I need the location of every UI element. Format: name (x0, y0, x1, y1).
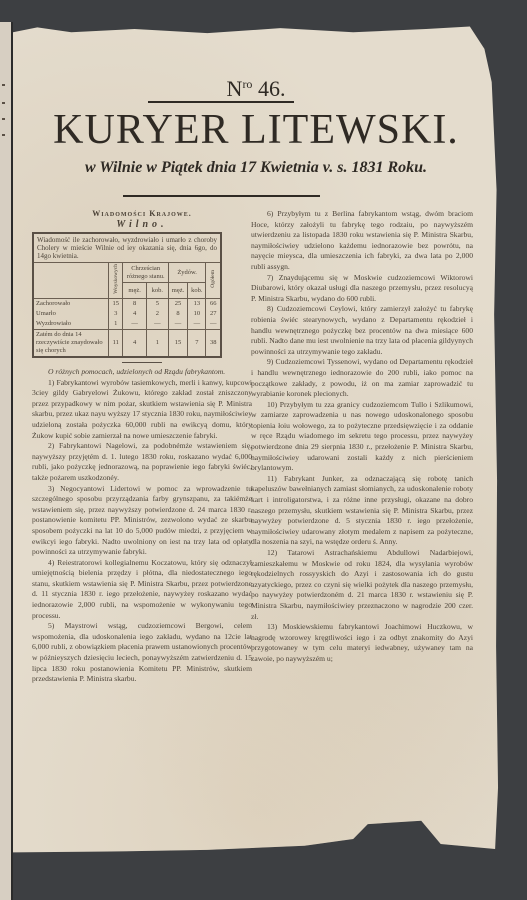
paragraph-5: 5) Maystrowi wstąg, cudzoziemcowi Bergow… (32, 621, 252, 685)
row-label: Zatém do dnia 14 rzeczywiście znaydowało… (33, 330, 109, 358)
paragraph-10: 10) Przybyłym tu zza granicy cudzoziemco… (251, 400, 473, 474)
cell: — (168, 319, 187, 330)
cell: 4 (123, 330, 146, 358)
masthead-rule-bottom (123, 195, 320, 197)
header-jews-male: męż. (168, 283, 187, 299)
city-heading: Wilno. (32, 220, 252, 231)
cell: 13 (188, 299, 206, 310)
cell: 38 (206, 330, 221, 358)
cell: 4 (123, 309, 146, 319)
cell: 15 (168, 330, 187, 358)
cell: 11 (109, 330, 123, 358)
cell: 5 (146, 299, 168, 310)
table-row: Wyzdrowiało 1 — — — — — (33, 319, 221, 330)
paragraph-13: 13) Moskiewskiemu fabrykantowi Joachimow… (251, 622, 473, 664)
cell: — (123, 319, 146, 330)
cell: 27 (206, 309, 221, 319)
cell: 2 (146, 309, 168, 319)
header-jews: Żydów. (168, 263, 206, 283)
paragraph-9: 9) Cudzoziemcowi Tyssenowi, wydano od De… (251, 357, 473, 399)
dateline: w Wilnie w Piątek dnia 17 Kwietnia v. s.… (13, 159, 499, 177)
adjacent-page-edge (0, 22, 13, 900)
left-column: Wiadomości Krajowe. Wilno. Wiadomość ile… (32, 209, 252, 685)
issue-prefix: N (227, 76, 243, 101)
newspaper-title: KURYER LITEWSKI. (13, 106, 499, 154)
cell: 15 (109, 299, 123, 310)
header-military: Woyskowych (109, 263, 123, 299)
article-heading: O różnych pomocach, udzielonych od Rządu… (32, 367, 252, 378)
cell: 3 (109, 309, 123, 319)
cell: 1 (109, 319, 123, 330)
paragraph-6: 6) Przybyłym tu z Berlina fabrykantom ws… (251, 209, 473, 273)
header-total: Ogółem (206, 263, 221, 299)
cell: — (206, 319, 221, 330)
paragraph-12: 12) Tatarowi Astrachańskiemu Abdullowi N… (251, 548, 473, 622)
divider (122, 362, 162, 363)
right-column: 6) Przybyłym tu z Berlina fabrykantom ws… (251, 209, 473, 665)
table-row: Zatém do dnia 14 rzeczywiście znaydowało… (33, 330, 221, 358)
table-caption: Wiadomość ile zachorowało, wyzdrowiało i… (33, 233, 221, 263)
paragraph-7: 7) Znaydującemu się w Moskwie cudzoziemc… (251, 273, 473, 305)
cell: 66 (206, 299, 221, 310)
paragraph-3: 3) Negocyantowi Lidertowi w pomoc za wpr… (32, 484, 252, 558)
issue-sup: ro (242, 77, 252, 91)
masthead-rule-top (148, 101, 294, 103)
paragraph-11: 11) Fabrykant Junker, za odznaczającą si… (251, 474, 473, 548)
table-row: Zachorowało 15 8 5 25 13 66 (33, 299, 221, 310)
paragraph-1: 1) Fabrykantowi wyrobów tasiemkowych, me… (32, 378, 252, 442)
paragraph-8: 8) Cudzoziemcowi Ceylowi, który zamierzy… (251, 304, 473, 357)
paragraph-2: 2) Fabrykantowi Nagelowi, za podobnémże … (32, 441, 252, 483)
issue-number: Nro 46. (13, 76, 499, 102)
cell: 7 (188, 330, 206, 358)
section-heading: Wiadomości Krajowe. (32, 209, 252, 220)
cell: 10 (188, 309, 206, 319)
header-jews-female: kob. (188, 283, 206, 299)
cell: 25 (168, 299, 187, 310)
header-christians-female: kob. (146, 283, 168, 299)
header-christians: Chrześcian różnego stanu. (123, 263, 168, 283)
row-label: Wyzdrowiało (33, 319, 109, 330)
cell: — (146, 319, 168, 330)
row-label: Zachorowało (33, 299, 109, 310)
newspaper-page: Nro 46. KURYER LITEWSKI. w Wilnie w Piąt… (13, 24, 499, 854)
cell: — (188, 319, 206, 330)
cell: 8 (123, 299, 146, 310)
header-christians-male: męż. (123, 283, 146, 299)
issue-number-value: 46. (258, 76, 286, 101)
row-label: Umarło (33, 309, 109, 319)
cell: 1 (146, 330, 168, 358)
cell: 8 (168, 309, 187, 319)
paragraph-4: 4) Reiestratorowi kollegialnemu Koczatow… (32, 558, 252, 622)
table-row: Umarło 3 4 2 8 10 27 (33, 309, 221, 319)
row-label-header (33, 263, 109, 299)
cholera-statistics-table: Wiadomość ile zachorowało, wyzdrowiało i… (32, 232, 222, 358)
